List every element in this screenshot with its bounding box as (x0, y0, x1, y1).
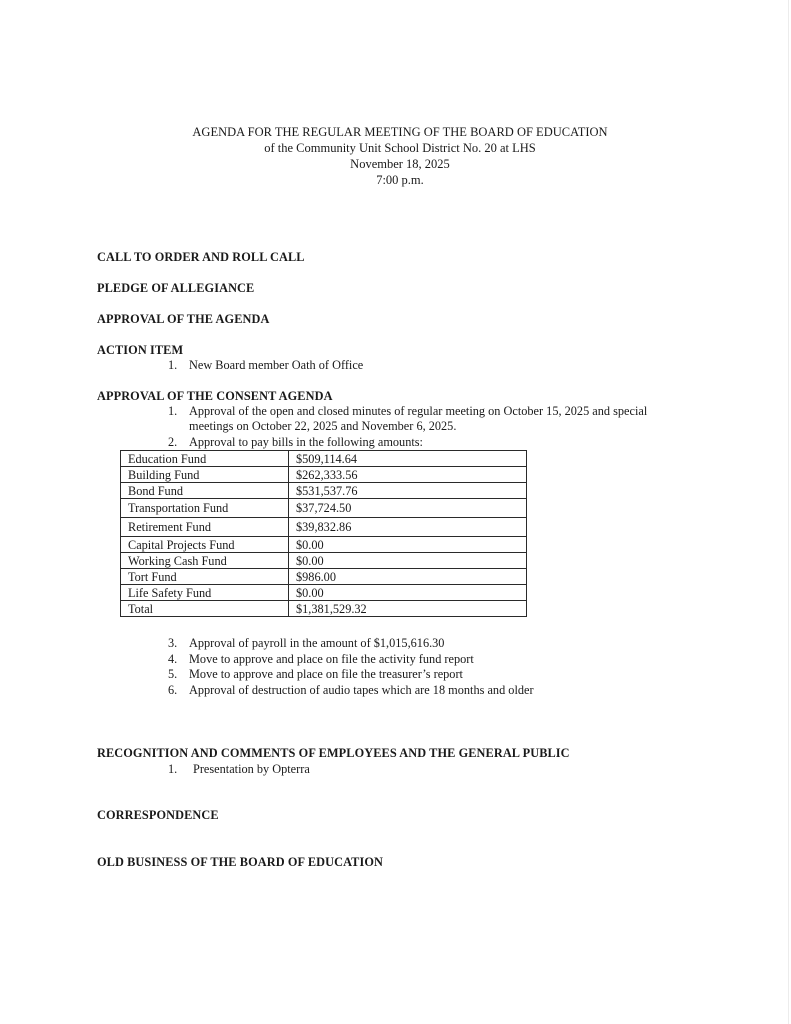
fund-name: Life Safety Fund (121, 585, 289, 601)
fund-amount: $39,832.86 (289, 518, 527, 537)
fund-amount: $262,333.56 (289, 467, 527, 483)
item-number: 5. (168, 667, 188, 682)
heading-action-item: ACTION ITEM (97, 343, 183, 358)
table-row: Retirement Fund $39,832.86 (121, 518, 527, 537)
fund-amount: $531,537.76 (289, 483, 527, 499)
fund-name: Education Fund (121, 451, 289, 467)
bills-table: Education Fund $509,114.64 Building Fund… (120, 450, 527, 617)
item-number: 1. (168, 762, 188, 777)
fund-amount: $37,724.50 (289, 499, 527, 518)
agenda-subtitle: of the Community Unit School District No… (0, 140, 791, 156)
heading-correspondence: CORRESPONDENCE (97, 808, 219, 823)
item-number: 1. (168, 358, 188, 373)
agenda-title: AGENDA FOR THE REGULAR MEETING OF THE BO… (0, 124, 791, 140)
item-text: Approval of the open and closed minutes … (189, 404, 647, 419)
item-text-continued: meetings on October 22, 2025 and Novembe… (189, 419, 456, 434)
item-number: 3. (168, 636, 188, 651)
item-text: Approval of payroll in the amount of $1,… (189, 636, 444, 651)
table-row: Tort Fund $986.00 (121, 569, 527, 585)
heading-approval-agenda: APPROVAL OF THE AGENDA (97, 312, 269, 327)
fund-amount: $0.00 (289, 537, 527, 553)
table-row-total: Total $1,381,529.32 (121, 601, 527, 617)
table-row: Capital Projects Fund $0.00 (121, 537, 527, 553)
item-text: Approval of destruction of audio tapes w… (189, 683, 534, 698)
heading-consent-agenda: APPROVAL OF THE CONSENT AGENDA (97, 389, 333, 404)
table-row: Life Safety Fund $0.00 (121, 585, 527, 601)
fund-amount: $509,114.64 (289, 451, 527, 467)
table-row: Education Fund $509,114.64 (121, 451, 527, 467)
fund-name: Retirement Fund (121, 518, 289, 537)
table-row: Transportation Fund $37,724.50 (121, 499, 527, 518)
item-number: 1. (168, 404, 188, 419)
item-text: Move to approve and place on file the ac… (189, 652, 474, 667)
item-text: New Board member Oath of Office (189, 358, 363, 373)
meeting-date: November 18, 2025 (0, 156, 791, 172)
table-row: Building Fund $262,333.56 (121, 467, 527, 483)
table-row: Working Cash Fund $0.00 (121, 553, 527, 569)
fund-name: Building Fund (121, 467, 289, 483)
meeting-time: 7:00 p.m. (0, 172, 791, 188)
item-text: Approval to pay bills in the following a… (189, 435, 423, 450)
heading-call-to-order: CALL TO ORDER AND ROLL CALL (97, 250, 305, 265)
item-text: Move to approve and place on file the tr… (189, 667, 463, 682)
fund-name: Transportation Fund (121, 499, 289, 518)
heading-pledge: PLEDGE OF ALLEGIANCE (97, 281, 254, 296)
item-number: 6. (168, 683, 188, 698)
fund-name: Total (121, 601, 289, 617)
agenda-header: AGENDA FOR THE REGULAR MEETING OF THE BO… (0, 124, 791, 188)
item-number: 2. (168, 435, 188, 450)
item-text: Presentation by Opterra (193, 762, 310, 777)
item-number: 4. (168, 652, 188, 667)
heading-old-business: OLD BUSINESS OF THE BOARD OF EDUCATION (97, 855, 383, 870)
fund-name: Capital Projects Fund (121, 537, 289, 553)
heading-recognition: RECOGNITION AND COMMENTS OF EMPLOYEES AN… (97, 746, 570, 761)
fund-amount: $1,381,529.32 (289, 601, 527, 617)
fund-amount: $0.00 (289, 585, 527, 601)
fund-name: Working Cash Fund (121, 553, 289, 569)
fund-name: Tort Fund (121, 569, 289, 585)
fund-amount: $986.00 (289, 569, 527, 585)
fund-name: Bond Fund (121, 483, 289, 499)
table-row: Bond Fund $531,537.76 (121, 483, 527, 499)
fund-amount: $0.00 (289, 553, 527, 569)
